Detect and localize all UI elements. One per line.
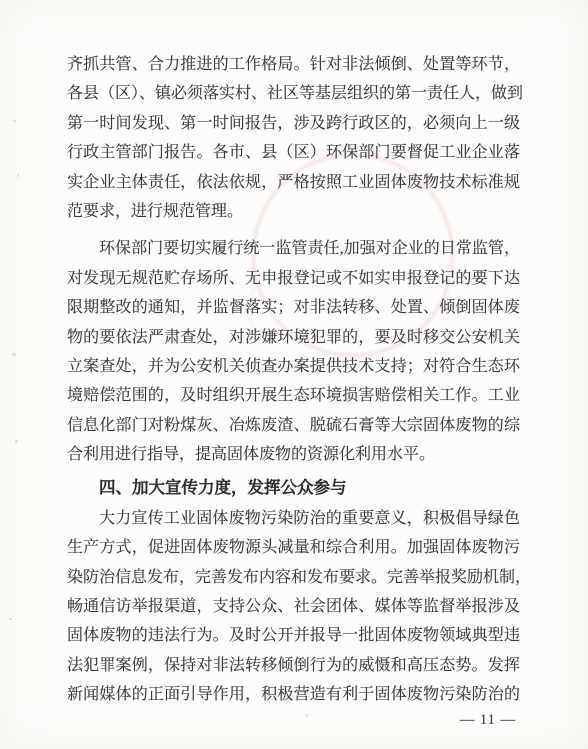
text-line: 实企业主体责任，依法依规，严格按照工业固体废物技术标准规 [67, 168, 520, 197]
text-line: 环保部门要切实履行统一监管责任,加强对企业的日常监管， [67, 234, 520, 263]
text-line: 畅通信访举报渠道，支持公众、社会团体、媒体等监督举报涉及 [67, 592, 520, 621]
text-line: 信息化部门对粉煤灰、冶炼废渣、脱硫石膏等大宗固体废物的综 [67, 411, 520, 440]
text-line: 固体废物的违法行为。及时公开并报导一批固体废物领域典型违 [67, 621, 520, 650]
text-line: 齐抓共管、合力推进的工作格局。针对非法倾倒、处置等环节， [67, 50, 520, 79]
scan-artifact [9, 618, 12, 620]
paragraph-supervision: 环保部门要切实履行统一监管责任,加强对企业的日常监管，对发现无规范贮存场所、无申… [67, 234, 520, 469]
scan-artifact [17, 174, 19, 177]
section-heading: 四、加大宣传力度，发挥公众参与 [67, 474, 520, 503]
paragraph-continuation: 齐抓共管、合力推进的工作格局。针对非法倾倒、处置等环节，各县（区）、镇必须落实村… [67, 50, 520, 226]
text-line: 范要求，进行规范管理。 [67, 197, 520, 226]
text-line: 生产方式，促进固体废物源头减量和综合利用。加强固体废物污 [67, 533, 520, 562]
text-line: 各县（区）、镇必须落实村、社区等基层组织的第一责任人，做到 [67, 79, 520, 108]
paragraph-publicity: 大力宣传工业固体废物污染防治的重要意义，积极倡导绿色生产方式，促进固体废物源头减… [67, 504, 520, 710]
text-line: 物的要依法严肃查处，对涉嫌环境犯罪的，要及时移交公安机关 [67, 323, 520, 352]
text-line: 合利用进行指导，提高固体废物的资源化利用水平。 [67, 440, 520, 469]
text-line: 第一时间发现、第一时间报告，涉及跨行政区的，必须向上一级 [67, 109, 520, 138]
scan-artifact [15, 440, 18, 443]
text-line: 染防治信息发布，完善发布内容和发布要求。完善举报奖励机制， [67, 563, 520, 592]
text-line: 新闻媒体的正面引导作用，积极营造有利于固体废物污染防治的 [67, 680, 520, 709]
scan-artifact [305, 714, 308, 717]
scanned-document-page: 齐抓共管、合力推进的工作格局。针对非法倾倒、处置等环节，各县（区）、镇必须落实村… [0, 0, 588, 749]
text-line: 立案查处，并为公安机关侦查办案提供技术支持；对符合生态环 [67, 352, 520, 381]
text-line: 大力宣传工业固体废物污染防治的重要意义，积极倡导绿色 [67, 504, 520, 533]
scan-artifact [12, 352, 17, 357]
page-number: — 11 — [460, 712, 516, 729]
text-line: 行政主管部门报告。各市、县（区）环保部门要督促工业企业落 [67, 138, 520, 167]
text-line: 法犯罪案例，保持对非法转移倾倒行为的威慑和高压态势。发挥 [67, 651, 520, 680]
text-line: 境赔偿范围的，及时组织开展生态环境损害赔偿相关工作。工业 [67, 381, 520, 410]
text-line: 限期整改的通知，并监督落实；对非法转移、处置、倾倒固体废 [67, 293, 520, 322]
document-body: 齐抓共管、合力推进的工作格局。针对非法倾倒、处置等环节，各县（区）、镇必须落实村… [67, 50, 520, 710]
text-line: 对发现无规范贮存场所、无申报登记或不如实申报登记的要下达 [67, 264, 520, 293]
scan-artifact [13, 120, 16, 122]
